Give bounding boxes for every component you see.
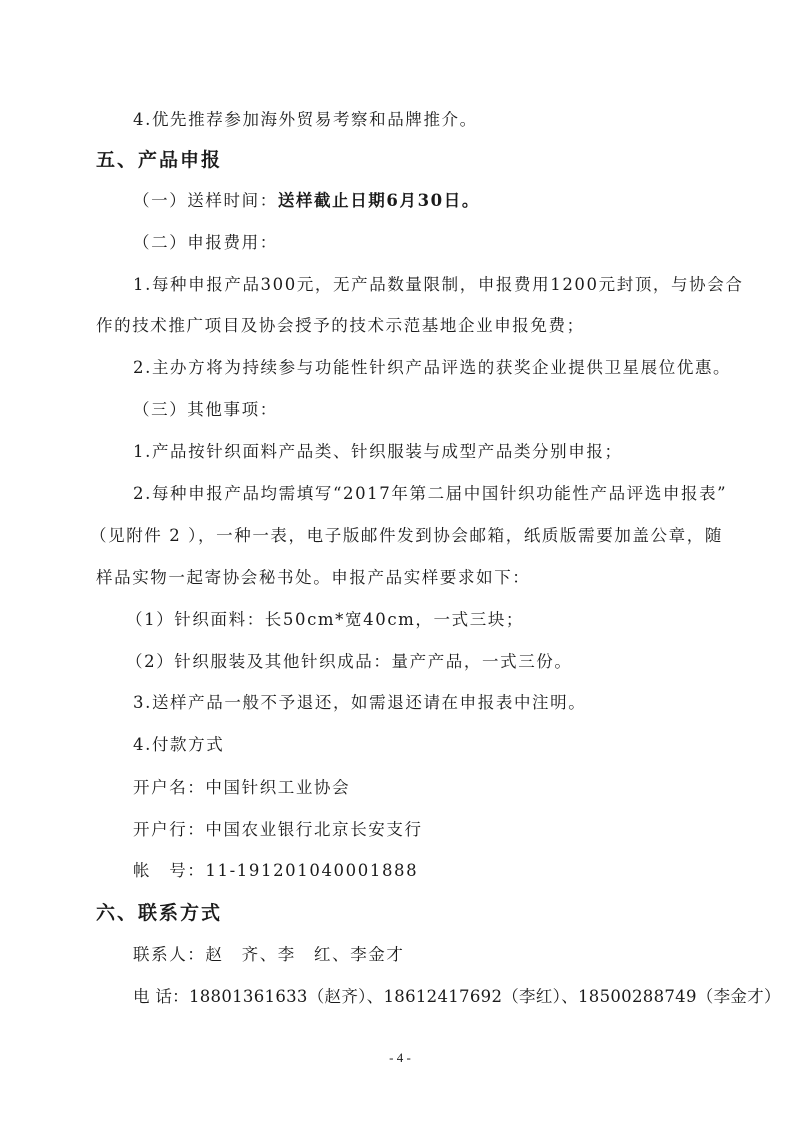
sample-time-label: （一）送样时间：: [133, 191, 278, 210]
subsection-fees: （二）申报费用：: [133, 232, 278, 254]
other-item-2: 2.每种申报产品均需填写“2017年第二届中国针织功能性产品评选申报表”: [133, 483, 727, 505]
other-item-2-cont-2: 样品实物一起寄协会秘书处。申报产品实样要求如下：: [96, 567, 530, 589]
sample-deadline: 送样截止日期6月30日。: [278, 191, 480, 210]
sample-req-garment: （2）针织服装及其他针织成品：量产产品，一式三份。: [126, 651, 573, 673]
sample-req-fabric: （1）针织面料：长50cm*宽40cm，一式三块；: [126, 609, 524, 631]
account-number: 帐 号：11-191201040001888: [133, 860, 418, 882]
fee-item-1-cont: 作的技术推广项目及协会授予的技术示范基地企业申报免费；: [96, 315, 585, 337]
account-bank: 开户行：中国农业银行北京长安支行: [133, 819, 423, 841]
fee-item-2: 2.主办方将为持续参与功能性针织产品评选的获奖企业提供卫星展位优惠。: [133, 357, 731, 379]
benefit-item-4: 4.优先推荐参加海外贸易考察和品牌推介。: [133, 109, 478, 131]
other-item-2-cont-1: （见附件 2 ），一种一表，电子版邮件发到协会邮箱，纸质版需要加盖公章，随: [90, 525, 723, 547]
fee-item-1: 1.每种申报产品300元，无产品数量限制，申报费用1200元封顶，与协会合: [133, 274, 743, 296]
other-item-3: 3.送样产品一般不予退还，如需退还请在申报表中注明。: [133, 692, 586, 714]
other-item-4: 4.付款方式: [133, 734, 224, 756]
page-number: - 4 -: [0, 1050, 800, 1066]
contact-persons: 联系人：赵 齐、李 红、李金才: [133, 944, 405, 966]
other-item-1: 1.产品按针织面料产品类、针织服装与成型产品类分别申报；: [133, 441, 623, 463]
section-heading-product-application: 五、产品申报: [96, 149, 222, 171]
subsection-other-matters: （三）其他事项：: [133, 399, 278, 421]
section-heading-contact: 六、联系方式: [96, 902, 222, 924]
account-name: 开户名：中国针织工业协会: [133, 777, 350, 799]
contact-phones: 电 话：18801361633（赵齐）、18612417692（李红）、1850…: [133, 986, 781, 1008]
sample-time-line: （一）送样时间：送样截止日期6月30日。: [133, 190, 480, 212]
